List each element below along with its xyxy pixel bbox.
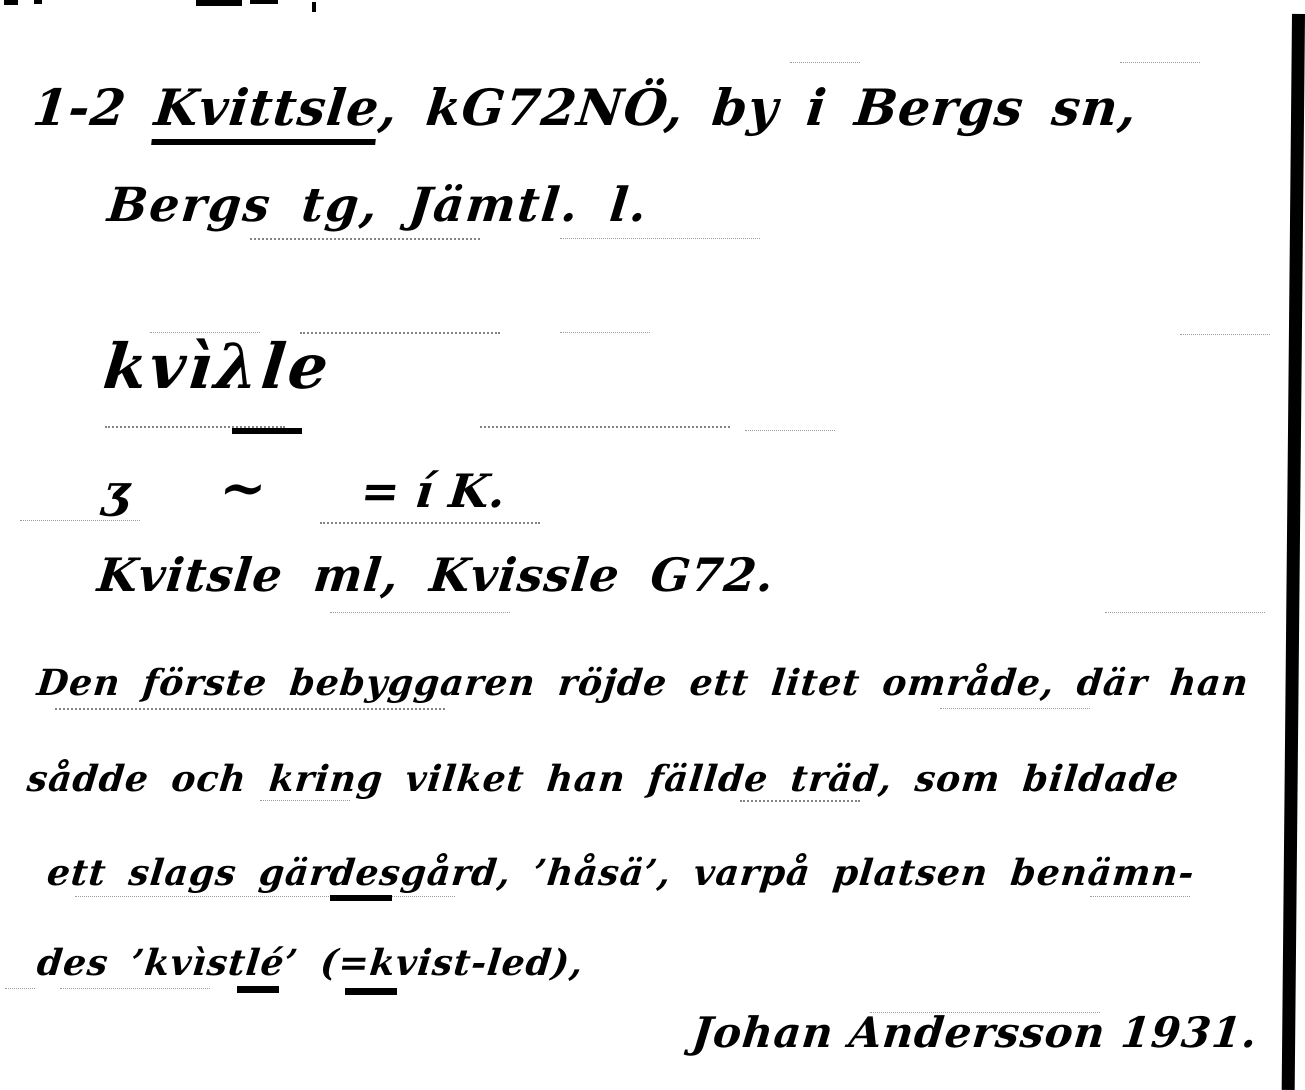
ruled-line-fragment	[1105, 612, 1265, 613]
ruled-line-fragment	[740, 800, 860, 802]
phonetic-underline-mark	[232, 428, 302, 434]
scanned-card: 1-2 Kvittsle, kG72NÖ, by i Bergs sn, Ber…	[0, 0, 1305, 1090]
body-line: ett slags gärdesgård, ’håsä’, varpå plat…	[45, 852, 1197, 894]
scan-speck	[196, 0, 242, 6]
ruled-line-fragment	[330, 612, 510, 613]
ruled-line-fragment	[1090, 896, 1190, 897]
ruled-line-fragment	[1120, 62, 1200, 63]
scan-speck	[250, 0, 278, 4]
scan-speck	[34, 0, 42, 4]
ruled-line-fragment	[60, 988, 210, 989]
ruled-line-fragment	[790, 62, 860, 63]
entry-number: 1-2	[30, 78, 130, 137]
tilde-placeholder: ~	[216, 455, 270, 521]
ruled-line-fragment	[260, 800, 350, 801]
ruled-line-fragment	[940, 708, 1090, 709]
scan-speck	[4, 0, 18, 5]
scan-edge-artifact	[1282, 14, 1305, 1090]
ruled-line-fragment	[560, 332, 650, 333]
emphasis-underline-hasa	[330, 895, 392, 901]
ruled-line-fragment	[560, 238, 760, 239]
ruled-line-fragment	[320, 522, 540, 524]
entry-heading: 1-2 Kvittsle, kG72NÖ, by i Bergs sn,	[30, 78, 1140, 137]
ruled-line-fragment	[1180, 334, 1270, 335]
emphasis-underline-le	[345, 988, 397, 995]
signature: Johan Andersson 1931.	[690, 1008, 1260, 1057]
body-line: Den förste bebyggaren röjde ett litet om…	[35, 662, 1251, 704]
phonetic-form: kvìλle	[100, 330, 335, 403]
source-forms: Kvitsle ml, Kvissle G72.	[95, 548, 777, 602]
district-line: Bergs tg, Jämtl. l.	[105, 178, 651, 233]
ruled-line-fragment	[55, 708, 445, 710]
pronunciation-note: ʒ~= í K.	[100, 455, 509, 521]
body-line: des ’kvìstlé’ (=kvist-led),	[35, 942, 586, 984]
pronunciation-equals: = í K.	[358, 464, 508, 518]
ruled-line-fragment	[5, 988, 35, 989]
scan-speck	[312, 2, 316, 12]
emphasis-underline-kvist	[237, 986, 279, 993]
ruled-line-fragment	[250, 238, 480, 240]
headword-reference: , kG72NÖ, by i Bergs sn,	[376, 78, 1140, 137]
headword: Kvittsle	[151, 78, 383, 145]
ruled-line-fragment	[480, 426, 730, 428]
ruled-line-fragment	[75, 896, 455, 897]
body-line: sådde och kring vilket han fällde träd, …	[25, 758, 1181, 800]
pronunciation-symbol: ʒ	[100, 464, 132, 518]
ruled-line-fragment	[745, 430, 835, 431]
